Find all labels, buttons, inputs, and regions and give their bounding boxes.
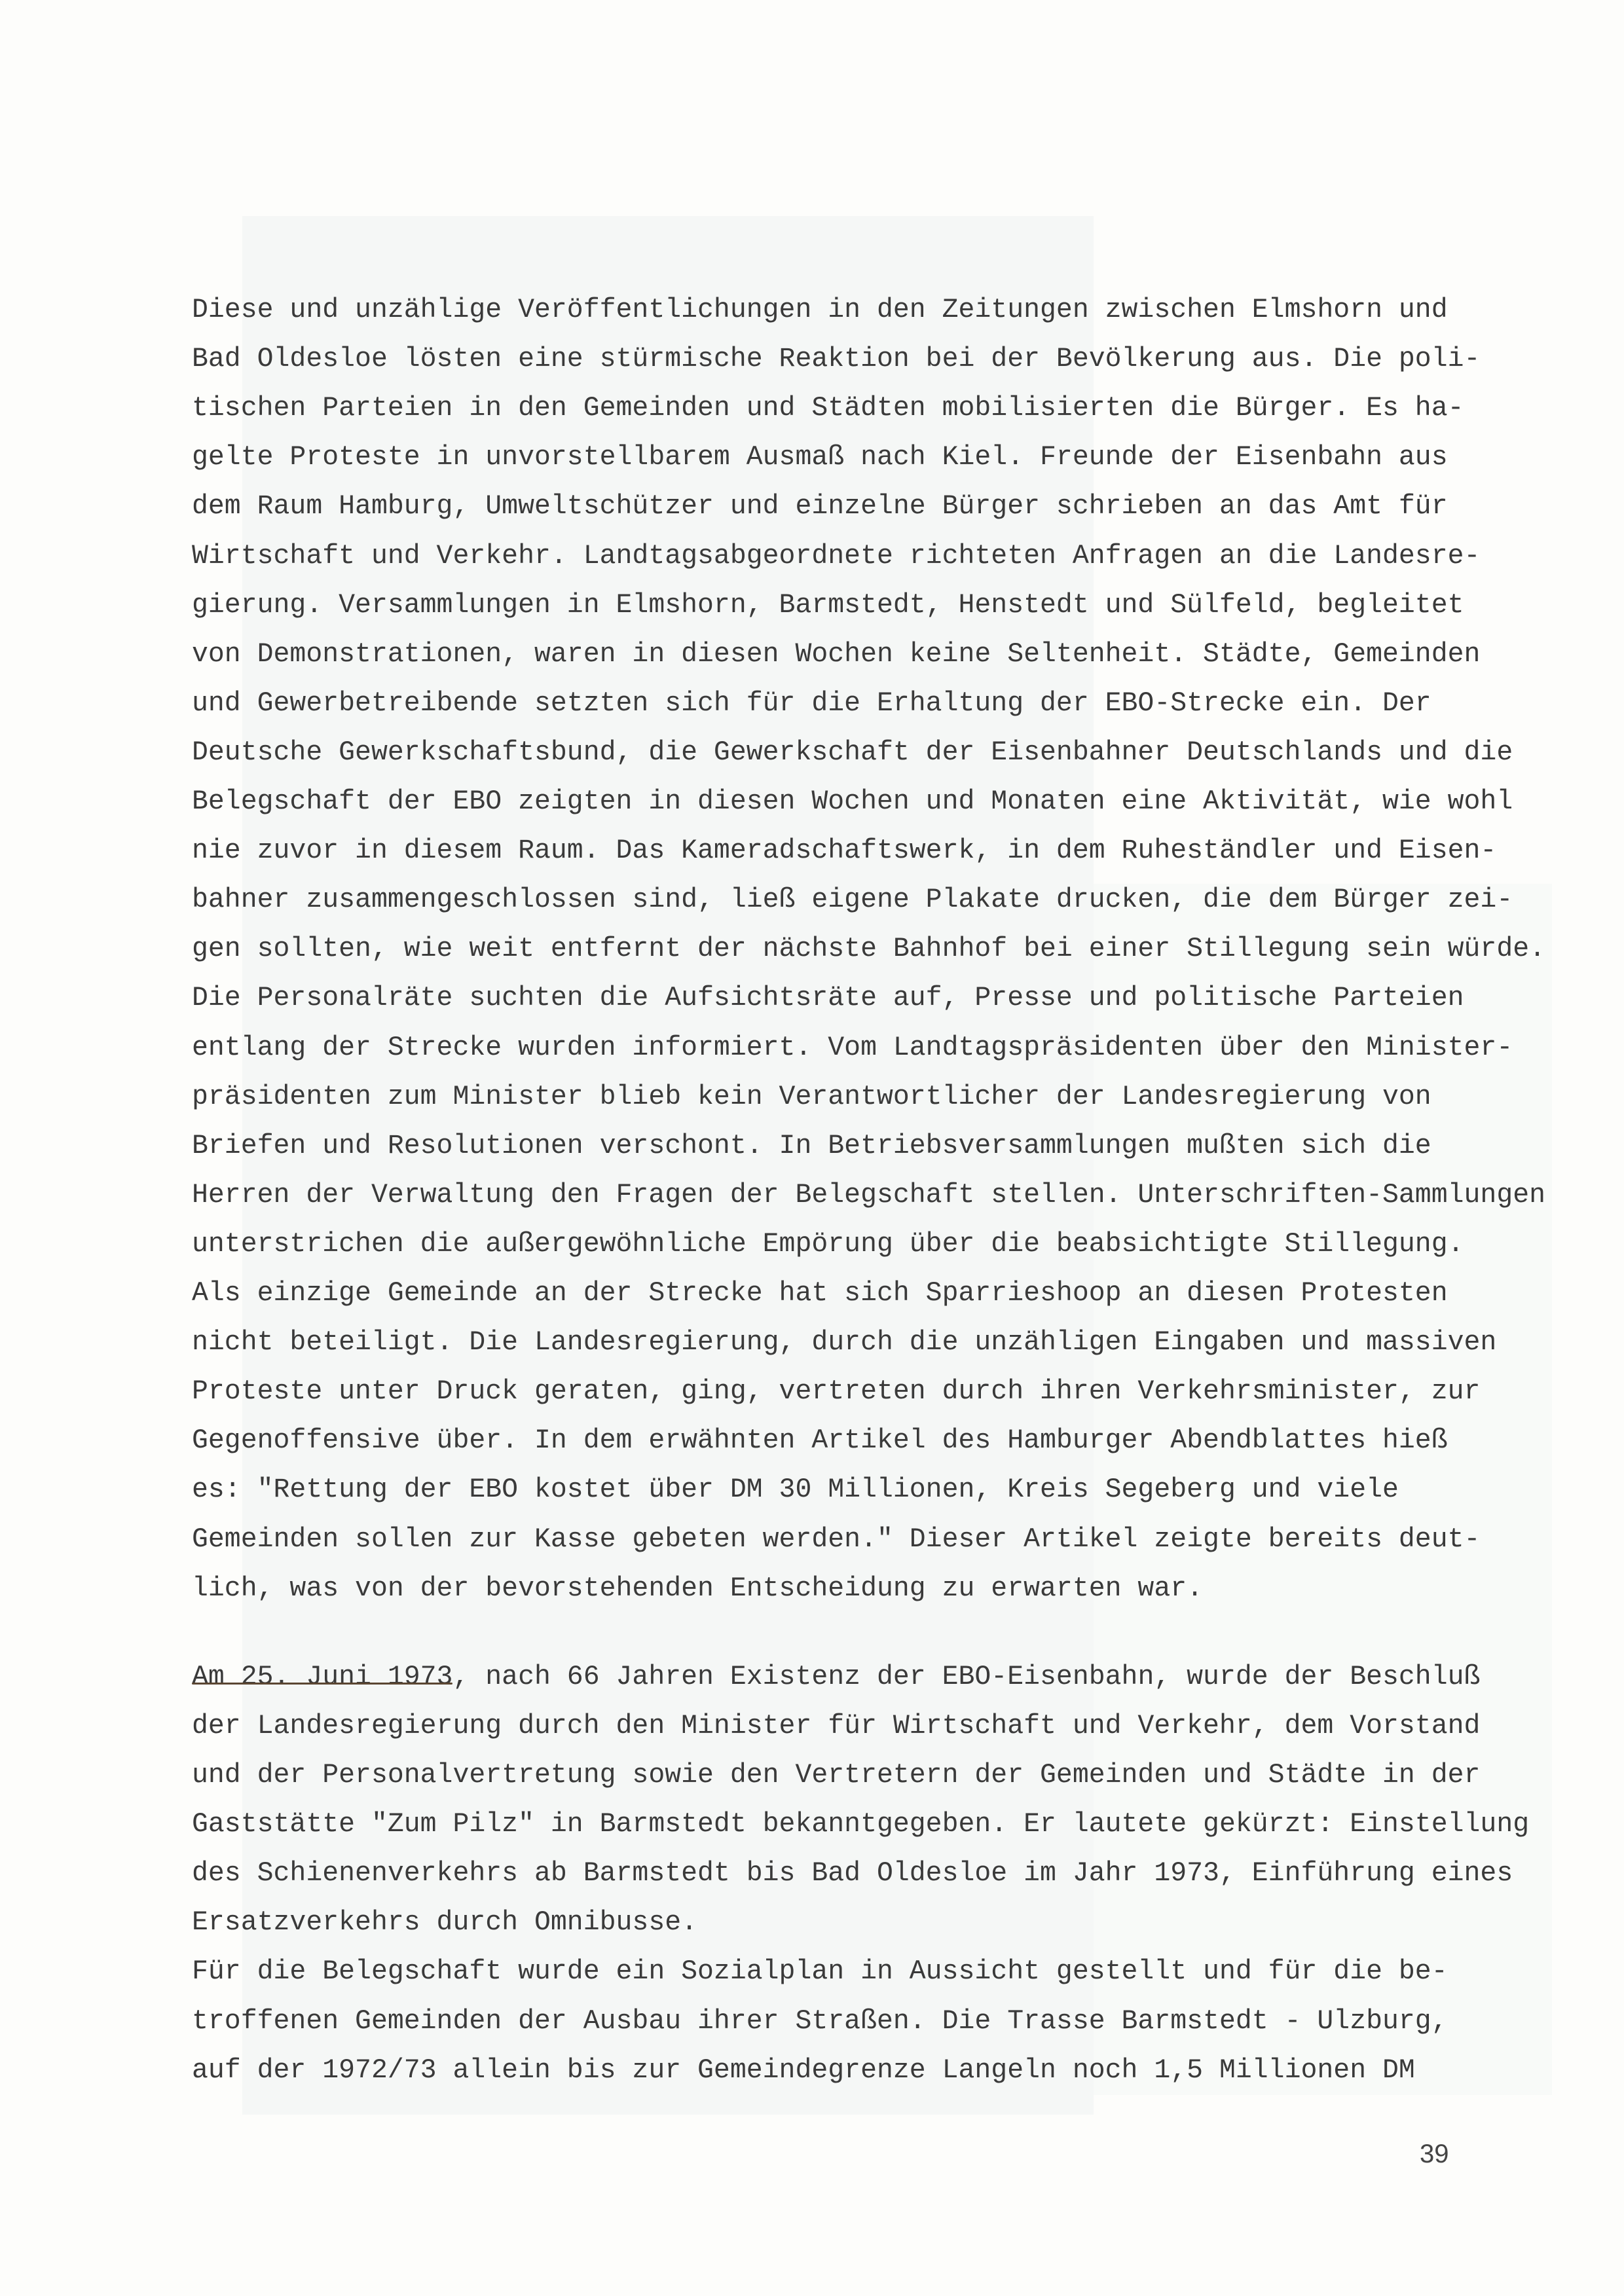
text-line: gierung. Versammlungen in Elmshorn, Barm… (192, 581, 1464, 630)
text-line: von Demonstrationen, waren in diesen Woc… (192, 630, 1480, 679)
text-line: es: "Rettung der EBO kostet über DM 30 M… (192, 1465, 1399, 1514)
text-line: lich, was von der bevorstehenden Entsche… (192, 1564, 1203, 1613)
text-line: Deutsche Gewerkschaftsbund, die Gewerksc… (192, 728, 1513, 777)
underlined-date: Am 25. Juni 1973 (192, 1662, 452, 1692)
page-number: 39 (1420, 2140, 1449, 2169)
text-line: Für die Belegschaft wurde ein Sozialplan… (192, 1947, 1448, 1996)
text-line: Proteste unter Druck geraten, ging, vert… (192, 1367, 1480, 1416)
document-page: Diese und unzählige Veröffentlichungen i… (0, 0, 1624, 2296)
text-line-rest: , nach 66 Jahren Existenz der EBO-Eisenb… (452, 1662, 1480, 1692)
text-line: Herren der Verwaltung den Fragen der Bel… (192, 1171, 1545, 1220)
text-line: gelte Proteste in unvorstellbarem Ausmaß… (192, 433, 1448, 482)
text-line: nicht beteiligt. Die Landesregierung, du… (192, 1318, 1496, 1367)
text-line: des Schienenverkehrs ab Barmstedt bis Ba… (192, 1849, 1513, 1898)
text-line: Am 25. Juni 1973, nach 66 Jahren Existen… (192, 1652, 1480, 1702)
text-line: Die Personalräte suchten die Aufsichtsrä… (192, 974, 1464, 1023)
text-line: Belegschaft der EBO zeigten in diesen Wo… (192, 777, 1513, 826)
text-line: entlang der Strecke wurden informiert. V… (192, 1023, 1513, 1072)
text-line: auf der 1972/73 allein bis zur Gemeindeg… (192, 2046, 1415, 2095)
text-line: tischen Parteien in den Gemeinden und St… (192, 384, 1464, 433)
text-line: Wirtschaft und Verkehr. Landtagsabgeordn… (192, 532, 1480, 581)
text-line: und der Personalvertretung sowie den Ver… (192, 1751, 1480, 1800)
text-line: bahner zusammengeschlossen sind, ließ ei… (192, 875, 1513, 924)
text-line: gen sollten, wie weit entfernt der nächs… (192, 924, 1545, 974)
text-line: der Landesregierung durch den Minister f… (192, 1702, 1480, 1751)
text-line: Ersatzverkehrs durch Omnibusse. (192, 1898, 697, 1947)
text-line: nie zuvor in diesem Raum. Das Kameradsch… (192, 826, 1496, 875)
text-line: Gegenoffensive über. In dem erwähnten Ar… (192, 1416, 1448, 1465)
text-line: dem Raum Hamburg, Umweltschützer und ein… (192, 482, 1448, 531)
text-line: Als einzige Gemeinde an der Strecke hat … (192, 1269, 1448, 1318)
text-line: Diese und unzählige Veröffentlichungen i… (192, 285, 1448, 335)
text-line: präsidenten zum Minister blieb kein Vera… (192, 1072, 1431, 1121)
text-line: und Gewerbetreibende setzten sich für di… (192, 679, 1431, 728)
text-line: Gaststätte "Zum Pilz" in Barmstedt bekan… (192, 1800, 1529, 1849)
text-line: Briefen und Resolutionen verschont. In B… (192, 1121, 1431, 1171)
text-line: troffenen Gemeinden der Ausbau ihrer Str… (192, 1997, 1448, 2046)
text-line: unterstrichen die außergewöhnliche Empör… (192, 1220, 1464, 1269)
text-line: Bad Oldesloe lösten eine stürmische Reak… (192, 335, 1480, 384)
text-line: Gemeinden sollen zur Kasse gebeten werde… (192, 1515, 1480, 1564)
